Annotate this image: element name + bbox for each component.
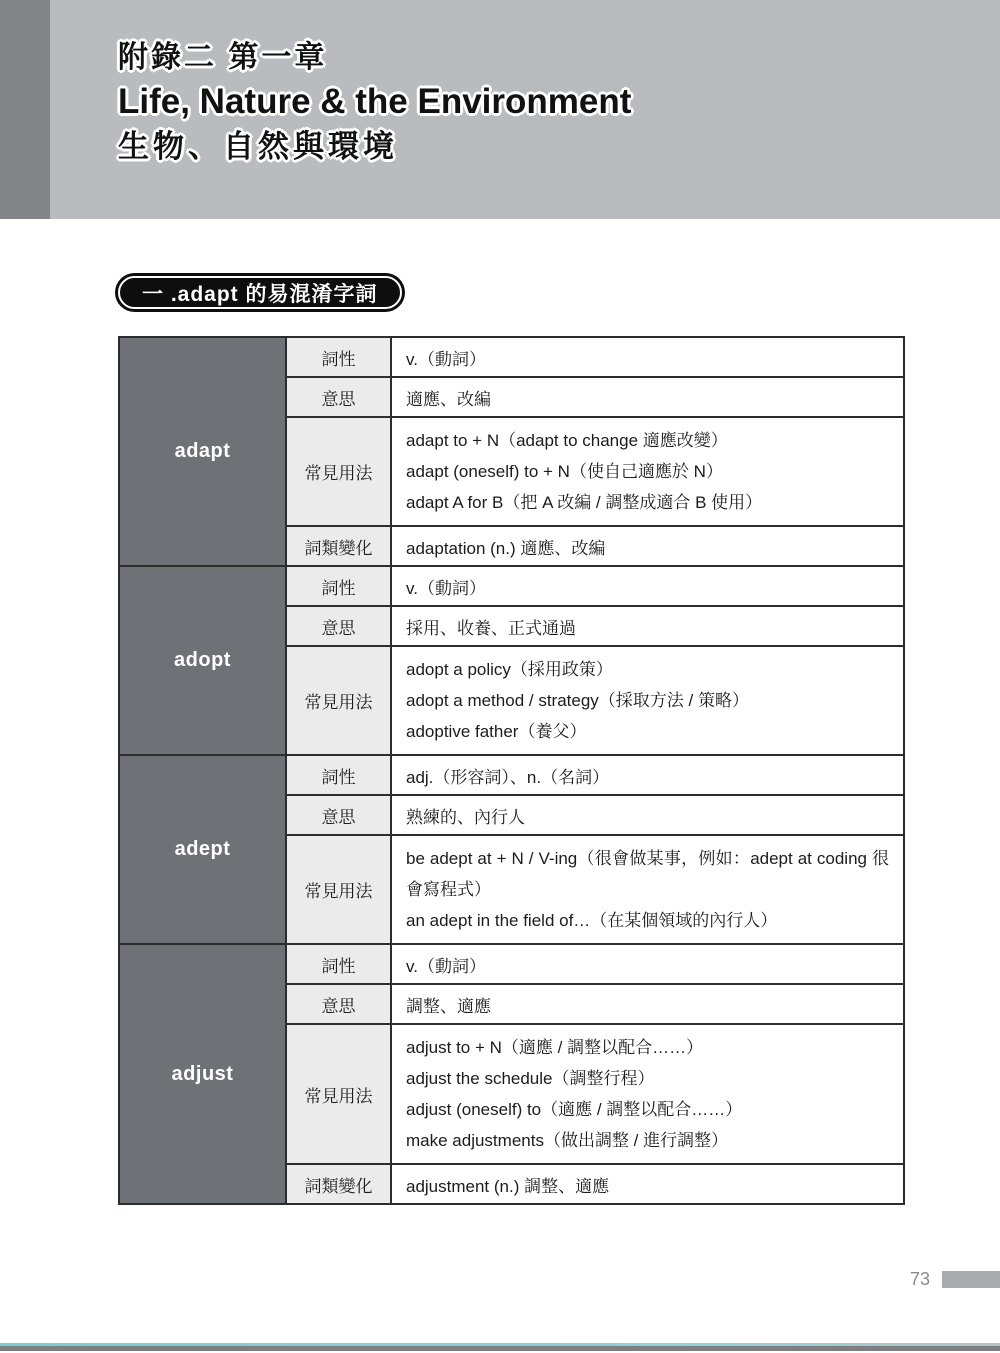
table-row: adjust 詞性 v.（動詞） [119, 944, 904, 984]
page-number: 73 [910, 1269, 930, 1290]
usage-line: adapt to + N（adapt to change 適應改變） [406, 425, 889, 456]
chapter-header: 附錄二 第一章 Life, Nature & the Environment 生… [118, 38, 631, 169]
usage-line: adapt A for B（把 A 改編 / 調整成適合 B 使用） [406, 487, 889, 518]
row-label-pos: 詞性 [286, 337, 391, 377]
page-footer: 73 [910, 1268, 1000, 1290]
header-left-strip [0, 0, 50, 219]
word-cell-adapt: adapt [119, 337, 286, 566]
meaning-value: 採用、收養、正式通過 [391, 606, 904, 646]
usage-line: adjust to + N（適應 / 調整以配合……） [406, 1032, 889, 1063]
word-cell-adjust: adjust [119, 944, 286, 1204]
table-row: adopt 詞性 v.（動詞） [119, 566, 904, 606]
row-label-pos: 詞性 [286, 944, 391, 984]
usage-value: adapt to + N（adapt to change 適應改變） adapt… [391, 417, 904, 526]
meaning-value: 適應、改編 [391, 377, 904, 417]
row-label-meaning: 意思 [286, 795, 391, 835]
table-row: adept 詞性 adj.（形容詞）、n.（名詞） [119, 755, 904, 795]
usage-line: adoptive father（養父） [406, 716, 889, 747]
meaning-value: 熟練的、內行人 [391, 795, 904, 835]
page-number-bar [942, 1271, 1000, 1288]
usage-value: adjust to + N（適應 / 調整以配合……） adjust the s… [391, 1024, 904, 1164]
pos-value: v.（動詞） [391, 337, 904, 377]
vocabulary-table: adapt 詞性 v.（動詞） 意思 適應、改編 常見用法 adapt to +… [118, 336, 905, 1205]
bottom-edge-gray-line [0, 1346, 1000, 1351]
usage-line: be adept at + N / V-ing（很會做某事，例如：adept a… [406, 843, 889, 905]
row-label-forms: 詞類變化 [286, 1164, 391, 1204]
pos-value: v.（動詞） [391, 944, 904, 984]
row-label-usage: 常見用法 [286, 417, 391, 526]
usage-line: adjust the schedule（調整行程） [406, 1063, 889, 1094]
row-label-meaning: 意思 [286, 377, 391, 417]
forms-value: adjustment (n.) 調整、適應 [391, 1164, 904, 1204]
pos-value: adj.（形容詞）、n.（名詞） [391, 755, 904, 795]
word-cell-adept: adept [119, 755, 286, 944]
table-row: adapt 詞性 v.（動詞） [119, 337, 904, 377]
row-label-pos: 詞性 [286, 566, 391, 606]
header-band: 附錄二 第一章 Life, Nature & the Environment 生… [0, 0, 1000, 219]
usage-line: adapt (oneself) to + N（使自己適應於 N） [406, 456, 889, 487]
chapter-title-chinese: 生物、自然與環境 [118, 125, 631, 169]
row-label-pos: 詞性 [286, 755, 391, 795]
row-label-forms: 詞類變化 [286, 526, 391, 566]
row-label-usage: 常見用法 [286, 646, 391, 755]
usage-line: adopt a method / strategy（採取方法 / 策略） [406, 685, 889, 716]
book-page: { "header": { "appendix_title": "附錄二 第一章… [0, 0, 1000, 1353]
usage-line: adjust (oneself) to（適應 / 調整以配合……） [406, 1094, 889, 1125]
usage-value: adopt a policy（採用政策） adopt a method / st… [391, 646, 904, 755]
section-title-text: 一 .adapt 的易混淆字詞 [142, 278, 378, 308]
usage-line: an adept in the field of…（在某個領域的內行人） [406, 905, 889, 936]
usage-value: be adept at + N / V-ing（很會做某事，例如：adept a… [391, 835, 904, 944]
usage-line: adopt a policy（採用政策） [406, 654, 889, 685]
section-title-pill: 一 .adapt 的易混淆字詞 [118, 276, 402, 309]
appendix-chapter-label: 附錄二 第一章 [118, 38, 631, 78]
forms-value: adaptation (n.) 適應、改編 [391, 526, 904, 566]
row-label-usage: 常見用法 [286, 1024, 391, 1164]
row-label-meaning: 意思 [286, 984, 391, 1024]
meaning-value: 調整、適應 [391, 984, 904, 1024]
pos-value: v.（動詞） [391, 566, 904, 606]
row-label-usage: 常見用法 [286, 835, 391, 944]
row-label-meaning: 意思 [286, 606, 391, 646]
chapter-title-english: Life, Nature & the Environment [118, 78, 631, 125]
usage-line: make adjustments（做出調整 / 進行調整） [406, 1125, 889, 1156]
word-cell-adopt: adopt [119, 566, 286, 755]
